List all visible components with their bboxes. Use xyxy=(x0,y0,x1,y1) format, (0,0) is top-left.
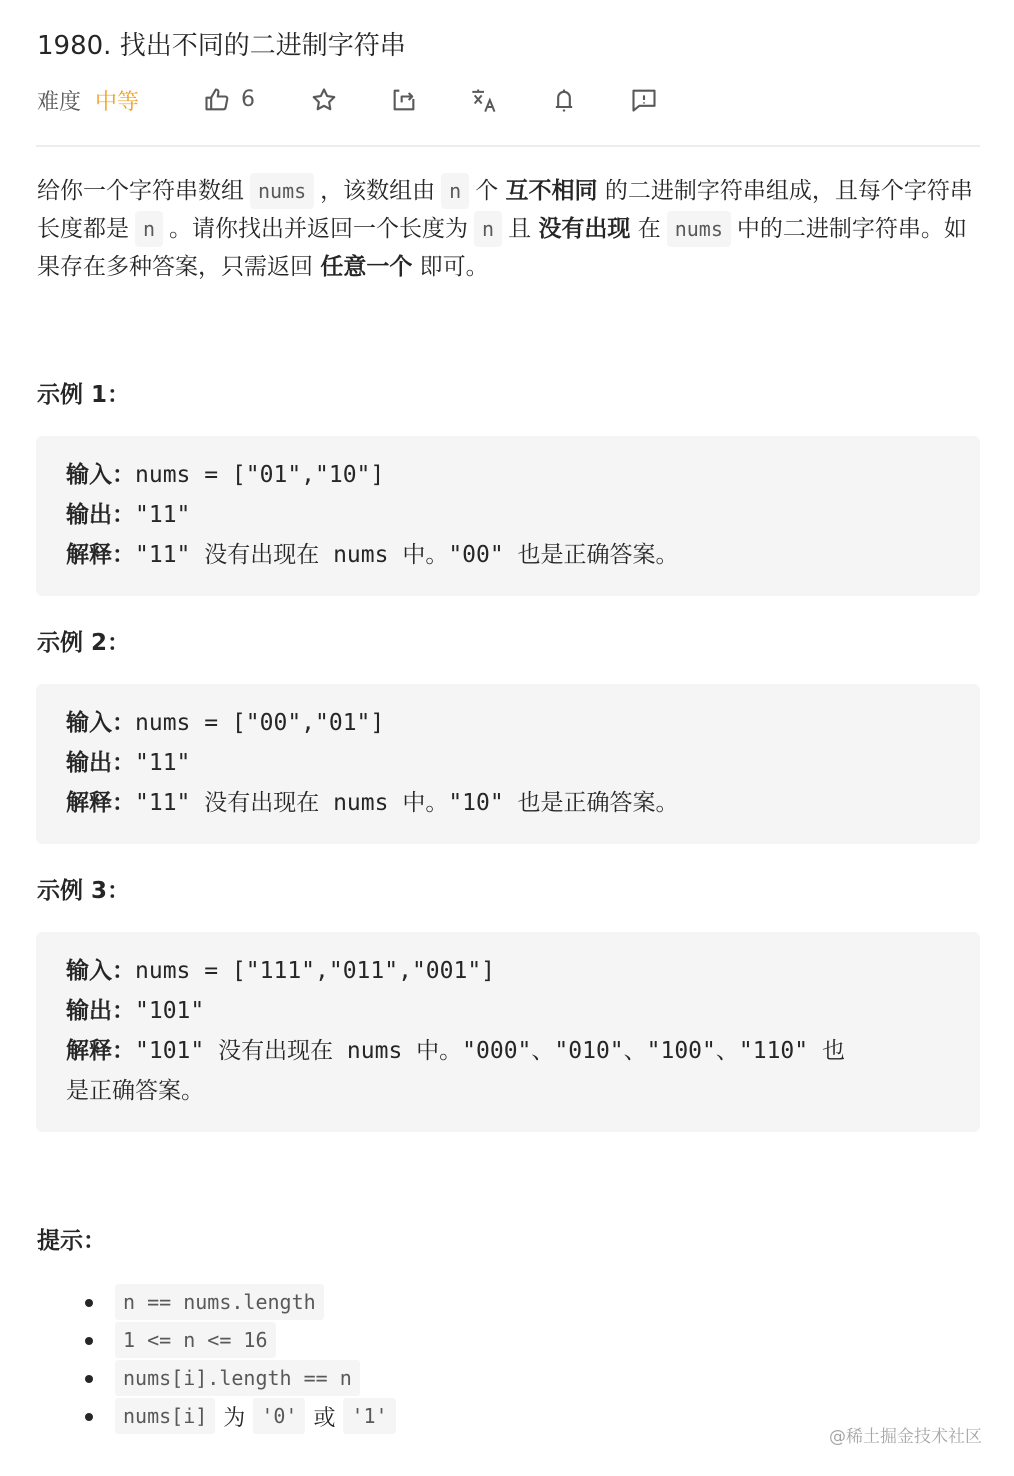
example-output: 输出："101" xyxy=(66,996,204,1026)
problem-title: 1980. 找出不同的二进制字符串 xyxy=(37,28,406,64)
constraint-text: 为 xyxy=(223,1401,245,1432)
inline-code: nums xyxy=(667,211,731,247)
desc-text: 在 xyxy=(638,216,661,242)
desc-text: 给你一个字符串数组 xyxy=(37,178,244,204)
example-explain: 解释："101" 没有出现在 nums 中。"000"、"010"、"100"、… xyxy=(66,1036,845,1066)
difficulty-label: 难度 xyxy=(37,85,81,116)
inline-code: n xyxy=(441,173,469,209)
example-input: 输入：nums = ["01","10"] xyxy=(66,460,384,490)
example-input: 输入：nums = ["111","011","001"] xyxy=(66,956,495,986)
thumbs-up-icon[interactable] xyxy=(203,86,231,114)
difficulty-value: 中等 xyxy=(95,85,139,116)
constraint-item: 1 <= n <= 16 xyxy=(85,1321,396,1359)
example-output: 输出："11" xyxy=(66,500,190,530)
example-box: 输入：nums = ["111","011","001"] 输出："101" 解… xyxy=(36,932,980,1132)
bullet-icon xyxy=(85,1299,93,1307)
explain-value: "101" 没有出现在 nums 中。"000"、"010"、"100"、"11… xyxy=(135,1038,845,1064)
bullet-icon xyxy=(85,1375,93,1383)
desc-text: 。请你找出并返回一个长度为 xyxy=(169,216,468,242)
example-explain: 解释："11" 没有出现在 nums 中。"10" 也是正确答案。 xyxy=(66,788,679,818)
problem-meta-bar: 难度 中等 6 xyxy=(37,82,139,118)
explain-label: 解释： xyxy=(66,790,135,816)
example-title: 示例 3： xyxy=(37,872,130,905)
input-label: 输入： xyxy=(66,958,135,984)
desc-text: ，该数组由 xyxy=(320,178,435,204)
watermark: @稀土掘金技术社区 xyxy=(829,1422,982,1447)
constraints-list: n == nums.length 1 <= n <= 16 nums[i].le… xyxy=(85,1283,396,1435)
explain-label: 解释： xyxy=(66,542,135,568)
desc-bold: 互不相同 xyxy=(506,178,598,204)
desc-text: 个 xyxy=(475,178,498,204)
share-icon[interactable] xyxy=(390,86,418,114)
constraint-text: 或 xyxy=(313,1401,335,1432)
bell-icon[interactable] xyxy=(550,86,578,114)
input-value: nums = ["111","011","001"] xyxy=(135,958,495,984)
header-divider xyxy=(36,145,980,147)
output-label: 输出： xyxy=(66,502,135,528)
like-count: 6 xyxy=(241,82,255,118)
constraint-item: n == nums.length xyxy=(85,1283,396,1321)
constraint-item: nums[i] 为 '0' 或 '1' xyxy=(85,1397,396,1435)
output-label: 输出： xyxy=(66,998,135,1024)
constraint-code: '1' xyxy=(343,1398,395,1434)
constraint-code: nums[i] xyxy=(115,1398,215,1434)
constraint-code: nums[i].length == n xyxy=(115,1360,360,1396)
example-output: 输出："11" xyxy=(66,748,190,778)
desc-bold: 没有出现 xyxy=(538,216,630,242)
translate-icon[interactable] xyxy=(470,86,498,114)
constraint-code: '0' xyxy=(253,1398,305,1434)
bullet-icon xyxy=(85,1337,93,1345)
inline-code: nums xyxy=(250,173,314,209)
bullet-icon xyxy=(85,1413,93,1421)
output-value: "11" xyxy=(135,750,190,776)
example-box: 输入：nums = ["01","10"] 输出："11" 解释："11" 没有… xyxy=(36,436,980,596)
example-explain-cont: 是正确答案。 xyxy=(66,1076,204,1106)
output-value: "101" xyxy=(135,998,204,1024)
example-title: 示例 2： xyxy=(37,624,130,657)
explain-value: "11" 没有出现在 nums 中。"00" 也是正确答案。 xyxy=(135,542,679,568)
inline-code: n xyxy=(135,211,163,247)
output-label: 输出： xyxy=(66,750,135,776)
inline-code: n xyxy=(474,211,502,247)
star-icon[interactable] xyxy=(310,86,338,114)
desc-text: 即可。 xyxy=(420,254,489,280)
output-value: "11" xyxy=(135,502,190,528)
example-box: 输入：nums = ["00","01"] 输出："11" 解释："11" 没有… xyxy=(36,684,980,844)
constraint-code: 1 <= n <= 16 xyxy=(115,1322,276,1358)
constraint-item: nums[i].length == n xyxy=(85,1359,396,1397)
explain-value: "11" 没有出现在 nums 中。"10" 也是正确答案。 xyxy=(135,790,679,816)
example-explain: 解释："11" 没有出现在 nums 中。"00" 也是正确答案。 xyxy=(66,540,679,570)
feedback-icon[interactable] xyxy=(630,86,658,114)
constraints-title: 提示： xyxy=(37,1222,106,1255)
input-label: 输入： xyxy=(66,710,135,736)
desc-bold: 任意一个 xyxy=(320,254,412,280)
input-label: 输入： xyxy=(66,462,135,488)
example-input: 输入：nums = ["00","01"] xyxy=(66,708,384,738)
desc-text: 且 xyxy=(508,216,531,242)
problem-description: 给你一个字符串数组nums，该数组由n个 互不相同 的二进制字符串组成，且每个字… xyxy=(37,172,981,286)
example-title: 示例 1： xyxy=(37,376,130,409)
input-value: nums = ["00","01"] xyxy=(135,710,384,736)
input-value: nums = ["01","10"] xyxy=(135,462,384,488)
explain-label: 解释： xyxy=(66,1038,135,1064)
constraint-code: n == nums.length xyxy=(115,1284,324,1320)
